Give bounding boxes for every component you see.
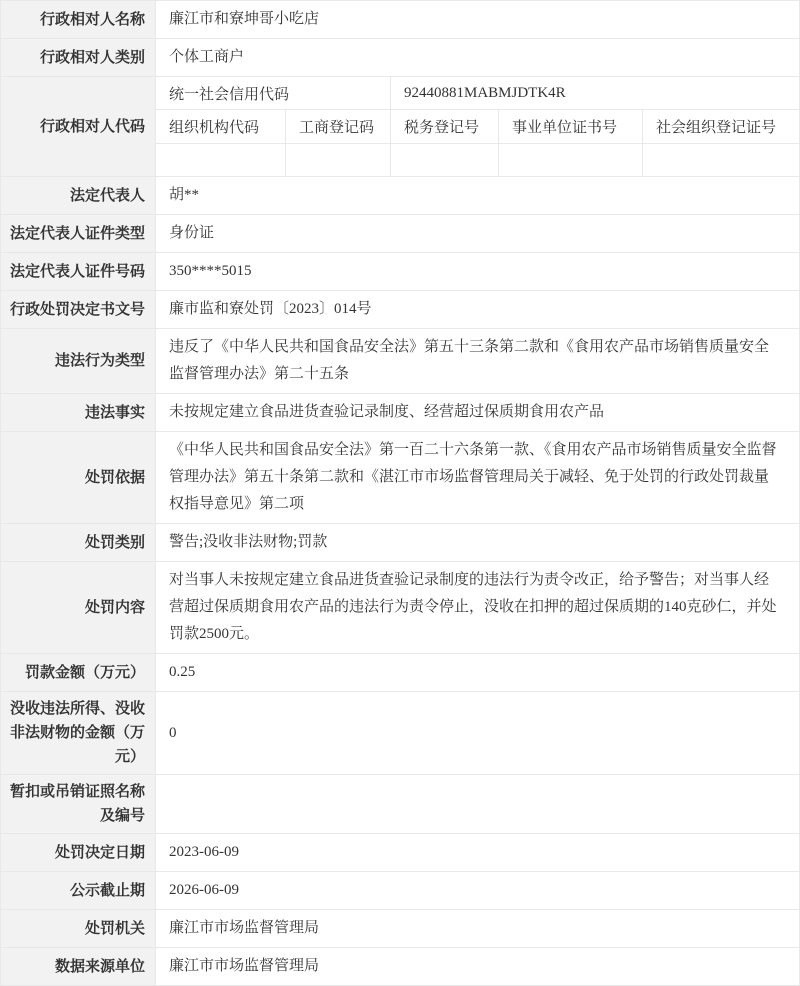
row-label: 暂扣或吊销证照名称及编号 — [1, 775, 156, 833]
row-label: 处罚决定日期 — [1, 834, 156, 871]
row-value: 胡** — [156, 177, 799, 214]
table-row: 暂扣或吊销证照名称及编号 — [1, 775, 799, 834]
row-label: 处罚依据 — [1, 432, 156, 523]
code-headers-subrow: 组织机构代码 工商登记码 税务登记号 事业单位证书号 社会组织登记证号 — [156, 110, 799, 143]
row-label: 没收违法所得、没收非法财物的金额（万元） — [1, 692, 156, 774]
row-label: 公示截止期 — [1, 872, 156, 909]
code-value-institution — [499, 144, 643, 176]
row-value: 身份证 — [156, 215, 799, 252]
row-label: 法定代表人 — [1, 177, 156, 214]
row-value: 警告;没收非法财物;罚款 — [156, 524, 799, 561]
table-row: 处罚类别 警告;没收非法财物;罚款 — [1, 524, 799, 562]
table-row: 行政相对人名称 廉江市和寮坤哥小吃店 — [1, 1, 799, 39]
table-row: 处罚决定日期 2023-06-09 — [1, 834, 799, 872]
row-label: 行政相对人名称 — [1, 1, 156, 38]
row-value: 2026-06-09 — [156, 872, 799, 909]
table-row: 处罚机关 廉江市市场监督管理局 — [1, 910, 799, 948]
code-header-org: 组织机构代码 — [156, 110, 286, 142]
row-value: 违反了《中华人民共和国食品安全法》第五十三条第二款和《食用农产品市场销售质量安全… — [156, 329, 799, 393]
table-row: 违法事实 未按规定建立食品进货查验记录制度、经营超过保质期食用农产品 — [1, 394, 799, 432]
row-label: 行政相对人代码 — [1, 77, 156, 176]
credit-code-label: 统一社会信用代码 — [156, 77, 391, 109]
table-row: 法定代表人证件类型 身份证 — [1, 215, 799, 253]
credit-code-subrow: 统一社会信用代码 92440881MABMJDTK4R — [156, 77, 799, 110]
row-value: 0.25 — [156, 654, 799, 691]
row-label: 处罚机关 — [1, 910, 156, 947]
table-row: 行政处罚决定书文号 廉市监和寮处罚〔2023〕014号 — [1, 291, 799, 329]
row-value — [156, 775, 799, 833]
row-label: 行政处罚决定书文号 — [1, 291, 156, 328]
table-row: 处罚内容 对当事人未按规定建立食品进货查验记录制度的违法行为责令改正，给予警告；… — [1, 562, 799, 654]
table-row: 法定代表人 胡** — [1, 177, 799, 215]
table-row: 行政相对人类别 个体工商户 — [1, 39, 799, 77]
table-row-codes: 行政相对人代码 统一社会信用代码 92440881MABMJDTK4R 组织机构… — [1, 77, 799, 177]
row-value: 廉江市市场监督管理局 — [156, 910, 799, 947]
row-value: 廉江市市场监督管理局 — [156, 948, 799, 985]
code-header-tax: 税务登记号 — [391, 110, 499, 142]
table-row: 罚款金额（万元） 0.25 — [1, 654, 799, 692]
row-value: 廉江市和寮坤哥小吃店 — [156, 1, 799, 38]
row-value: 0 — [156, 692, 799, 774]
table-row: 处罚依据 《中华人民共和国食品安全法》第一百二十六条第一款、《食用农产品市场销售… — [1, 432, 799, 524]
code-value-org — [156, 144, 286, 176]
code-value-business — [286, 144, 391, 176]
row-value: 《中华人民共和国食品安全法》第一百二十六条第一款、《食用农产品市场销售质量安全监… — [156, 432, 799, 523]
table-row: 数据来源单位 廉江市市场监督管理局 — [1, 948, 799, 986]
row-label: 法定代表人证件类型 — [1, 215, 156, 252]
row-value: 个体工商户 — [156, 39, 799, 76]
credit-code-value: 92440881MABMJDTK4R — [391, 77, 799, 109]
code-value-tax — [391, 144, 499, 176]
row-label: 罚款金额（万元） — [1, 654, 156, 691]
penalty-info-table: 行政相对人名称 廉江市和寮坤哥小吃店 行政相对人类别 个体工商户 行政相对人代码… — [0, 0, 800, 986]
code-header-social-org: 社会组织登记证号 — [643, 110, 799, 142]
row-label: 法定代表人证件号码 — [1, 253, 156, 290]
row-value: 对当事人未按规定建立食品进货查验记录制度的违法行为责令改正，给予警告；对当事人经… — [156, 562, 799, 653]
row-label: 处罚内容 — [1, 562, 156, 653]
table-row: 违法行为类型 违反了《中华人民共和国食品安全法》第五十三条第二款和《食用农产品市… — [1, 329, 799, 394]
table-row: 法定代表人证件号码 350****5015 — [1, 253, 799, 291]
row-label: 违法事实 — [1, 394, 156, 431]
code-value-social-org — [643, 144, 799, 176]
row-value: 未按规定建立食品进货查验记录制度、经营超过保质期食用农产品 — [156, 394, 799, 431]
row-label: 数据来源单位 — [1, 948, 156, 985]
code-header-institution: 事业单位证书号 — [499, 110, 643, 142]
row-value: 350****5015 — [156, 253, 799, 290]
code-grid: 统一社会信用代码 92440881MABMJDTK4R 组织机构代码 工商登记码… — [156, 77, 799, 176]
row-label: 违法行为类型 — [1, 329, 156, 393]
row-label: 行政相对人类别 — [1, 39, 156, 76]
table-row: 没收违法所得、没收非法财物的金额（万元） 0 — [1, 692, 799, 775]
row-value: 廉市监和寮处罚〔2023〕014号 — [156, 291, 799, 328]
code-header-business: 工商登记码 — [286, 110, 391, 142]
table-row: 公示截止期 2026-06-09 — [1, 872, 799, 910]
code-values-subrow — [156, 144, 799, 176]
row-label: 处罚类别 — [1, 524, 156, 561]
row-value: 2023-06-09 — [156, 834, 799, 871]
